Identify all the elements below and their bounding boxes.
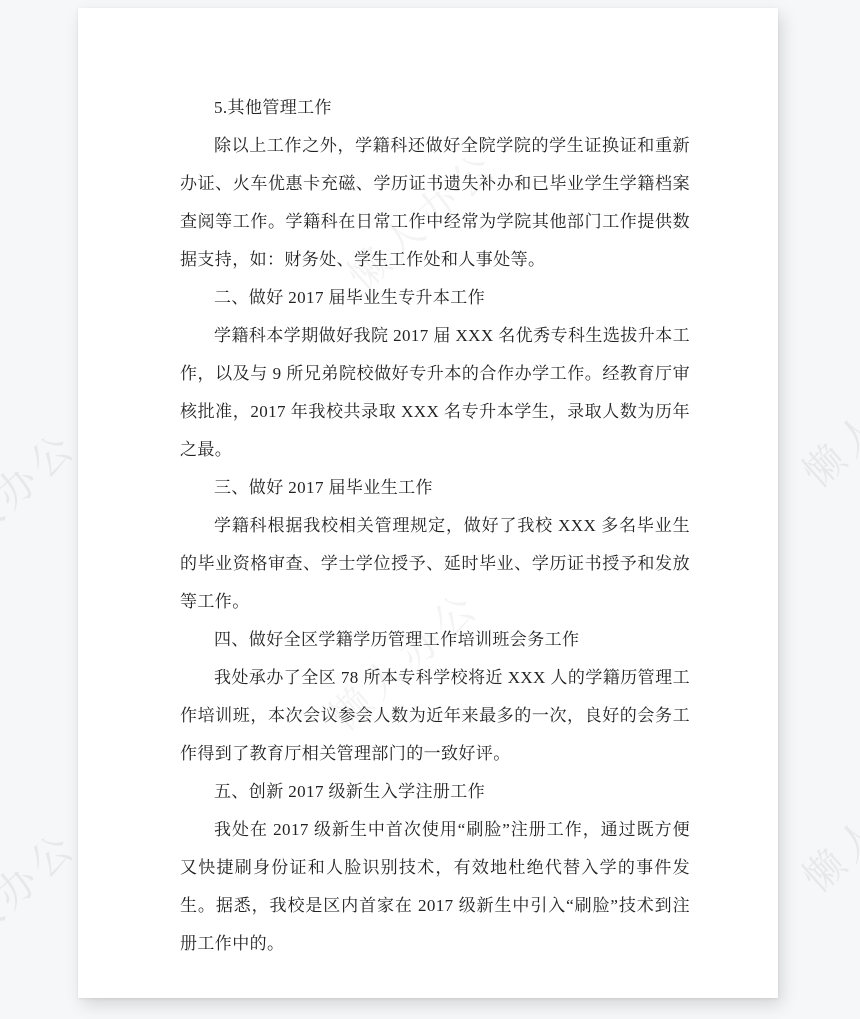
doc-heading: 三、做好 2017 届毕业生工作 xyxy=(180,469,690,507)
doc-paragraph: 我处在 2017 级新生中首次使用“刷脸”注册工作，通过既方便又快捷刷身份证和人… xyxy=(180,811,690,963)
document-page: 懒人办公 懒人办公 5.其他管理工作 除以上工作之外，学籍科还做好全院学院的学生… xyxy=(78,8,778,998)
doc-heading: 5.其他管理工作 xyxy=(180,89,690,127)
doc-paragraph: 学籍科根据我校相关管理规定，做好了我校 XXX 多名毕业生的毕业资格审查、学士学… xyxy=(180,507,690,621)
watermark-text: 懒人办公 xyxy=(0,416,87,581)
doc-heading: 五、创新 2017 级新生入学注册工作 xyxy=(180,773,690,811)
watermark-text: 懒人办公 xyxy=(789,738,860,903)
watermark-text: 懒人办公 xyxy=(0,816,87,981)
page-background: { "page": { "background_color": "#f6f7f8… xyxy=(0,0,860,1019)
doc-heading: 二、做好 2017 届毕业生专升本工作 xyxy=(180,279,690,317)
doc-paragraph: 学籍科本学期做好我院 2017 届 XXX 名优秀专科生选拔升本工作，以及与 9… xyxy=(180,317,690,469)
watermark-text: 懒人办公 xyxy=(789,333,860,498)
doc-content: 5.其他管理工作 除以上工作之外，学籍科还做好全院学院的学生证换证和重新办证、火… xyxy=(180,89,690,963)
doc-heading: 四、做好全区学籍学历管理工作培训班会务工作 xyxy=(180,621,690,659)
doc-paragraph: 我处承办了全区 78 所本专科学校将近 XXX 人的学籍历管理工作培训班，本次会… xyxy=(180,659,690,773)
doc-paragraph: 除以上工作之外，学籍科还做好全院学院的学生证换证和重新办证、火车优惠卡充磁、学历… xyxy=(180,127,690,279)
